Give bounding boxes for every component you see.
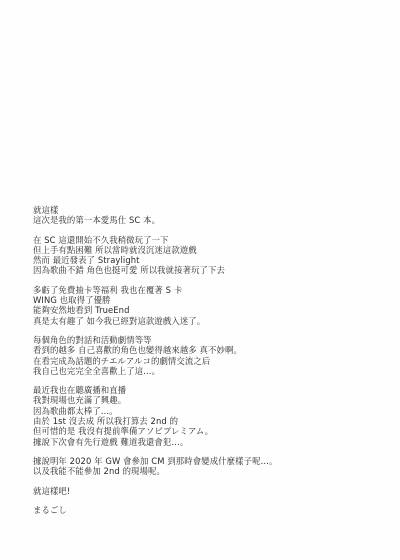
text-line: 由於 1st 沒去成 所以我打算去 2nd 的: [33, 416, 373, 426]
text-line: 因為歌曲都太棒了…。: [33, 406, 373, 416]
paragraph-characters: 每個角色的對話和活動劇情等等 看到的越多 自己喜歡的角色也變得越來越多 真不妙啊…: [33, 335, 373, 376]
paragraph-intro: 就這樣 這次是我的第一本愛馬仕 SC 本。: [33, 205, 373, 226]
paragraph-live: 最近我也在聽廣播和直播 我對現場也充滿了興趣。 因為歌曲都太棒了…。 由於 1s…: [33, 385, 373, 447]
text-line: 我對現場也充滿了興趣。: [33, 395, 373, 405]
paragraph-start: 在 SC 這還開始不久我稍微玩了一下 但上手有點困難 所以當時就沒沉迷這款遊戲 …: [33, 235, 373, 276]
text-line: 每個角色的對話和活動劇情等等: [33, 335, 373, 345]
text-line: 在 SC 這還開始不久我稍微玩了一下: [33, 235, 373, 245]
author-signature: まるごし: [33, 505, 373, 515]
text-line: 但可惜的是 我沒有提前準備アソビプレミアム。: [33, 426, 373, 436]
signature-text: まるごし: [33, 505, 373, 515]
text-line: WING 也取得了優勝: [33, 295, 373, 305]
text-line: 最近我也在聽廣播和直播: [33, 385, 373, 395]
text-line: 真是太有趣了 如今我已經對這款遊戲入迷了。: [33, 316, 373, 326]
afterword-text: 就這樣 這次是我的第一本愛馬仕 SC 本。 在 SC 這還開始不久我稍微玩了一下…: [33, 205, 373, 524]
text-line: 因為歌曲不錯 角色也挺可愛 所以我就接著玩了下去: [33, 265, 373, 275]
paragraph-progress: 多虧了免費抽卡等福利 我也在覆著 S 卡 WING 也取得了優勝 能夠安然地看到…: [33, 285, 373, 326]
text-line: 據說下次會有先行遊戲 難道我還會犯…。: [33, 437, 373, 447]
text-line: 這次是我的第一本愛馬仕 SC 本。: [33, 215, 373, 225]
text-line: 就這樣吧!: [33, 486, 373, 496]
text-line: 能夠安然地看到 TrueEnd: [33, 305, 373, 315]
text-line: 多虧了免費抽卡等福利 我也在覆著 S 卡: [33, 285, 373, 295]
text-line: 在看完成為話題的チエルアルコ的劇情交流之后: [33, 356, 373, 366]
text-line: 以及我能不能參加 2nd 的現場呢。: [33, 466, 373, 476]
text-line: 就這樣: [33, 205, 373, 215]
text-line: 據說明年 2020 年 GW 會參加 CM 到那時會變成什麼樣子呢…。: [33, 456, 373, 466]
text-line: 我自己也完完全全喜歡上了這…。: [33, 366, 373, 376]
text-line: 然而 最近發表了 Straylight: [33, 255, 373, 265]
text-line: 但上手有點困難 所以當時就沒沉迷這款遊戲: [33, 245, 373, 255]
text-line: 看到的越多 自己喜歡的角色也變得越來越多 真不妙啊。: [33, 345, 373, 355]
document-page: 就這樣 這次是我的第一本愛馬仕 SC 本。 在 SC 這還開始不久我稍微玩了一下…: [0, 0, 400, 560]
paragraph-closing: 就這樣吧!: [33, 486, 373, 496]
paragraph-future: 據說明年 2020 年 GW 會參加 CM 到那時會變成什麼樣子呢…。 以及我能…: [33, 456, 373, 477]
